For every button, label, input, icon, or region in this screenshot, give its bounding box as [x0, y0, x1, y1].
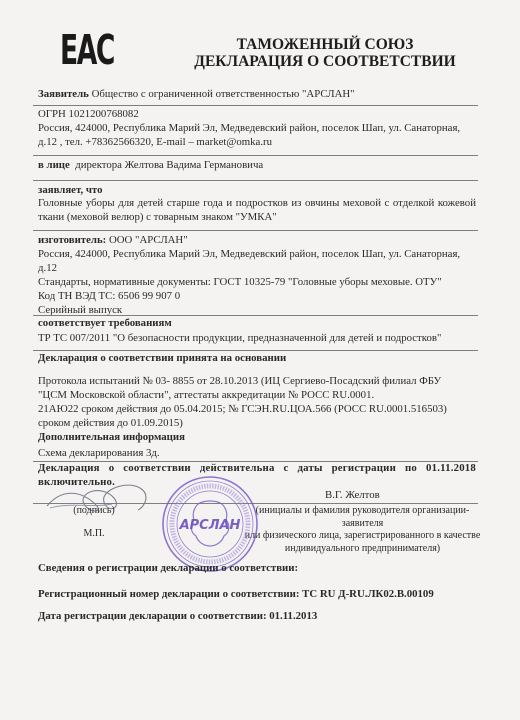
compliance-label: соответствует требованиям — [38, 317, 172, 331]
signature-caption: (подпись) — [54, 505, 134, 518]
name-caption: (инициалы и фамилия руководителя организ… — [240, 505, 485, 555]
manufacturer-tn-ved: Код ТН ВЭД ТС: 6506 99 907 0 — [38, 290, 180, 304]
compliance-value: ТР ТС 007/2011 "О безопасности продукции… — [38, 332, 441, 346]
stamp-caption: М.П. — [74, 528, 114, 541]
applicant-row: Заявитель Общество с ограниченной ответс… — [38, 88, 355, 102]
manufacturer-address-1: Россия, 424000, Республика Марий Эл, Мед… — [38, 248, 460, 262]
applicant-address-2: д.12 , тел. +78362566320, E-mail – marke… — [38, 136, 272, 150]
title-line-2: ДЕКЛАРАЦИЯ О СООТВЕТСТВИИ — [170, 53, 480, 70]
registration-number: Регистрационный номер декларации о соотв… — [38, 588, 434, 602]
additional-label: Дополнительная информация — [38, 431, 185, 445]
representative-value: директора Желтова Вадима Германовича — [75, 159, 263, 171]
divider — [33, 350, 478, 351]
divider — [33, 180, 478, 181]
applicant-address-1: Россия, 424000, Республика Марий Эл, Мед… — [38, 122, 460, 136]
eac-logo: ЕАС — [60, 30, 114, 71]
declaration-document: ЕАС ТАМОЖЕННЫЙ СОЮЗ ДЕКЛАРАЦИЯ О СООТВЕТ… — [0, 0, 520, 720]
basis-label: Декларация о соответствии принята на осн… — [38, 352, 286, 366]
divider — [33, 105, 478, 106]
document-title: ТАМОЖЕННЫЙ СОЮЗ ДЕКЛАРАЦИЯ О СООТВЕТСТВИ… — [170, 36, 480, 70]
declares-label: заявляет, что — [38, 184, 103, 198]
basis-line-3: 21АЮ22 сроком действия до 05.04.2015; № … — [38, 403, 447, 417]
divider — [33, 230, 478, 231]
registration-heading: Сведения о регистрации декларации о соот… — [38, 562, 298, 576]
manufacturer-standards: Стандарты, нормативные документы: ГОСТ 1… — [38, 276, 442, 290]
divider — [33, 155, 478, 156]
applicant-value: Общество с ограниченной ответственностью… — [92, 88, 355, 100]
manufacturer-address-2: д.12 — [38, 262, 57, 276]
name-caption-line-2: или физического лица, зарегистрированног… — [240, 530, 485, 543]
basis-line-4: сроком действия до 01.09.2015) — [38, 417, 183, 431]
stamp-text: АРСЛАН — [179, 518, 241, 533]
manufacturer-value: ООО "АРСЛАН" — [109, 234, 188, 246]
name-caption-line-1: (инициалы и фамилия руководителя организ… — [240, 505, 485, 530]
declares-text: Головные уборы для детей старше года и п… — [38, 197, 476, 224]
title-line-1: ТАМОЖЕННЫЙ СОЮЗ — [170, 36, 480, 53]
signer-name: В.Г. Желтов — [325, 489, 380, 501]
name-caption-line-3: индивидуального предпринимателя) — [240, 543, 485, 556]
additional-value: Схема декларирования 3д. — [38, 447, 160, 461]
representative-row: в лице директора Желтова Вадима Германов… — [38, 159, 263, 173]
basis-line-1: Протокола испытаний № 03- 8855 от 28.10.… — [38, 375, 441, 389]
basis-line-2: "ЦСМ Московской области", аттестаты аккр… — [38, 389, 374, 403]
registration-date: Дата регистрации декларации о соответств… — [38, 610, 317, 624]
manufacturer-row: изготовитель: ООО "АРСЛАН" — [38, 234, 188, 248]
representative-label: в лице — [38, 159, 70, 171]
divider — [33, 315, 478, 316]
company-stamp: АРСЛАН — [160, 474, 260, 574]
applicant-label: Заявитель — [38, 88, 89, 100]
manufacturer-label: изготовитель: — [38, 234, 106, 246]
applicant-ogrn: ОГРН 1021200768082 — [38, 108, 139, 122]
